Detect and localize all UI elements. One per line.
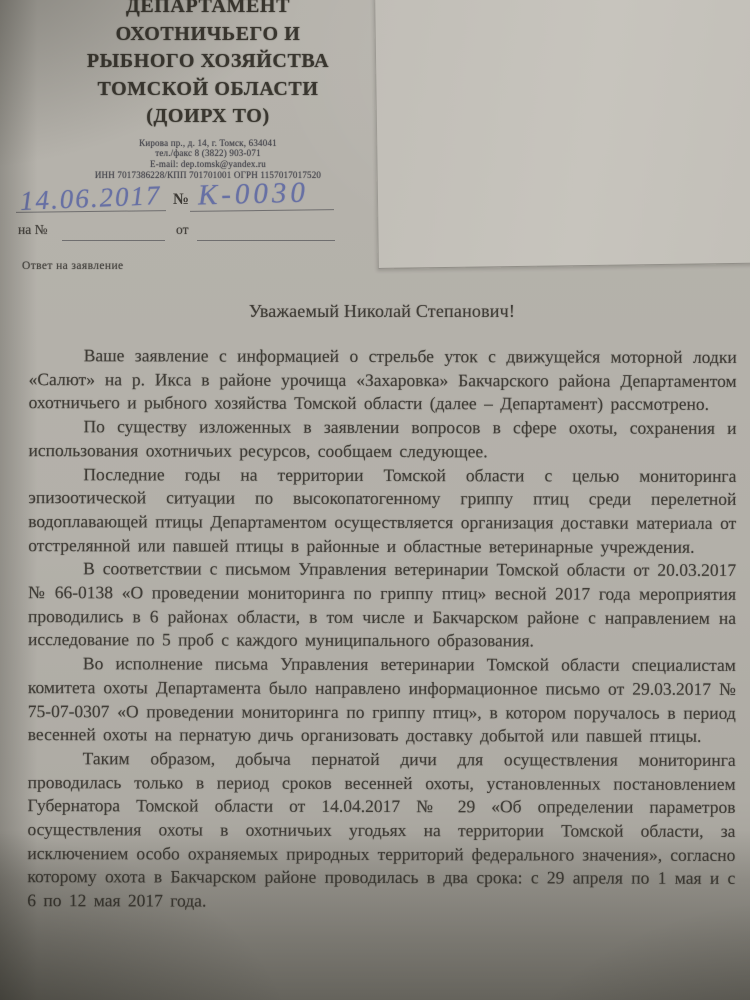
handwritten-outgoing-number: К-0030 xyxy=(198,176,310,212)
letter-subject: Ответ на заявление xyxy=(22,260,124,272)
letterhead-title: ДЕПАРТАМЕНТОХОТНИЧЬЕГО ИРЫБНОГО ХОЗЯЙСТВ… xyxy=(38,0,378,131)
letter-paragraph: Последние годы на территории Томской обл… xyxy=(28,463,736,560)
letterhead-title-line: ТОМСКОЙ ОБЛАСТИ xyxy=(38,76,378,104)
letterhead-info-line: Кирова пр., д. 14, г. Томск, 634041 xyxy=(38,138,378,149)
letterhead-contact-info: Кирова пр., д. 14, г. Томск, 634041тел./… xyxy=(38,138,378,181)
letter-paragraph: Ваше заявление с информацией о стрельбе … xyxy=(29,344,737,417)
letter-body: Ваше заявление с информацией о стрельбе … xyxy=(27,344,736,915)
letterhead-title-line: РЫБНОГО ХОЗЯЙСТВА xyxy=(38,48,378,76)
photographed-letter: ДЕПАРТАМЕНТОХОТНИЧЬЕГО ИРЫБНОГО ХОЗЯЙСТВ… xyxy=(0,0,750,1000)
incoming-date-label: от xyxy=(176,222,188,238)
incoming-date-underline xyxy=(197,240,335,241)
letterhead-info-line: тел./факс 8 (3822) 903-071 xyxy=(38,148,378,159)
letter-paragraph: Во исполнение письма Управления ветерина… xyxy=(28,652,736,749)
incoming-number-underline xyxy=(62,240,165,241)
letterhead-title-line: (ДОИРХ ТО) xyxy=(38,103,378,131)
letterhead-title-line: ОХОТНИЧЬЕГО И xyxy=(38,21,378,49)
letterhead: ДЕПАРТАМЕНТОХОТНИЧЬЕГО ИРЫБНОГО ХОЗЯЙСТВ… xyxy=(38,0,378,181)
letter-sheet: ДЕПАРТАМЕНТОХОТНИЧЬЕГО ИРЫБНОГО ХОЗЯЙСТВ… xyxy=(0,0,750,1000)
letter-paragraph: По существу изложенных в заявлении вопро… xyxy=(28,415,736,464)
letter-paragraph: Таким образом, добыча пернатой дичи для … xyxy=(27,747,735,915)
letterhead-info-line: E-mail: dep.tomsk@yandex.ru xyxy=(38,159,378,170)
letterhead-title-line: ДЕПАРТАМЕНТ xyxy=(38,0,378,21)
salutation: Уважаемый Николай Степанович! xyxy=(28,301,736,322)
number-sign-label: № xyxy=(173,191,189,209)
letter-paragraph: В соответствии с письмом Управления вете… xyxy=(28,557,736,654)
incoming-number-label: на № xyxy=(18,222,47,238)
